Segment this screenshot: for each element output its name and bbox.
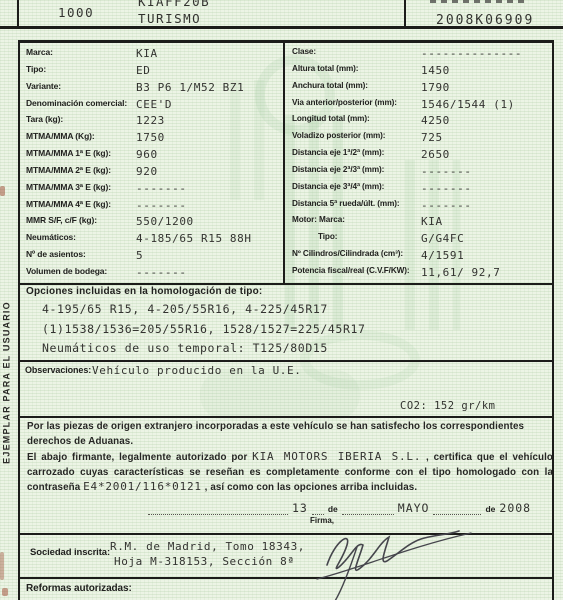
options-line: 4-195/65 R15, 4-205/55R16, 4-225/45R17 [42,300,366,320]
field-label: Distancia 5ª rueda/últ. (mm): [288,199,421,208]
field-label: Voladizo posterior (mm): [288,131,421,140]
field-label: Variante: [22,81,136,91]
field-row: MTMA/MMA 4ª E (kg): ------- [22,199,282,216]
field-value: -------------- [421,47,522,60]
certification-text: , así como con las opciones arriba inclu… [202,482,417,493]
field-label: Marca: [22,47,136,57]
field-value: ------- [421,165,472,178]
field-value: 1790 [421,81,450,94]
registry-line-1: R.M. de Madrid, Tomo 18343, [110,540,305,553]
field-label: Altura total (mm): [288,64,421,73]
field-value: ------- [421,182,472,195]
field-row: Clase: -------------- [288,47,554,64]
field-value: 1223 [136,114,165,127]
field-value: ED [136,64,150,77]
certification-company: KIA MOTORS IBERIA S.L. [252,450,421,463]
field-value: 1546/1544 (1) [421,98,515,111]
header-box-divider [404,0,406,29]
header-left-border [17,0,19,27]
field-label: Tara (kg): [22,114,136,124]
field-row: MTMA/MMA (Kg): 1750 [22,131,282,148]
field-row: Anchura total (mm): 1790 [288,81,554,98]
field-value: G/G4FC [421,232,464,245]
field-row: Motor: Marca: KIA [288,215,554,232]
certification-paragraph: El abajo firmante, legalmente autorizado… [27,450,553,496]
field-value: CEE'D [136,98,172,111]
registry-line-2: Hoja M-318153, Sección 8ª [114,555,295,568]
field-label: Anchura total (mm): [288,81,421,90]
field-value: 920 [136,165,158,178]
field-label: Denominación comercial: [22,98,136,108]
field-row: Distancia eje 2ª/3ª (mm): ------- [288,165,554,182]
field-value: 5 [136,249,143,262]
customs-line-1: Por las piezas de origen extranjero inco… [27,421,524,432]
field-value: B3 P6 1/M52 BZ1 [136,81,244,94]
header-vehicle-class: TURISMO [138,11,201,26]
field-row: Variante: B3 P6 1/M52 BZ1 [22,81,282,98]
field-row: Via anterior/posterior (mm): 1546/1544 (… [288,98,554,115]
field-row: MMR S/F, c/F (kg): 550/1200 [22,215,282,232]
field-label: Longitud total (mm): [288,114,421,123]
field-row: Nº Cilindros/Cilindrada (cm³): 4/1591 [288,249,554,266]
field-label: Via anterior/posterior (mm): [288,98,421,107]
field-label: MTMA/MMA 3ª E (kg): [22,182,136,192]
options-line: Neumáticos de uso temporal: T125/80D15 [42,339,366,359]
signature-ink [305,509,505,600]
header-bottom-border [0,26,563,29]
copy-for-user-vertical-label: EJEMPLAR PARA EL USUARIO [2,287,15,479]
header-model-code: KIAFF20B [138,0,210,9]
options-line: (1)1538/1536=205/55R16, 1528/1527=225/45… [42,320,366,340]
certification-text: El abajo firmante, legalmente autorizado… [27,452,252,463]
section-line-1 [20,283,552,285]
field-value: KIA [136,47,158,60]
field-row: Distancia eje 1ª/2ª (mm): 2650 [288,148,554,165]
field-value: 550/1200 [136,215,194,228]
field-row: MTMA/MMA 1ª E (kg): 960 [22,148,282,165]
field-row: Voladizo posterior (mm): 725 [288,131,554,148]
options-title: Opciones incluidas en la homologación de… [26,286,262,297]
reforms-label: Reformas autorizadas: [26,583,132,594]
section-line-2 [20,360,552,362]
scan-edge-mark [2,588,8,596]
field-value: 4-185/65 R15 88H [136,232,252,245]
field-row: MTMA/MMA 2ª E (kg): 920 [22,165,282,182]
field-value: KIA [421,215,443,228]
field-value: 4250 [421,114,450,127]
field-value: 2650 [421,148,450,161]
field-row: Potencia fiscal/real (C.V.F/KW): 11,61/ … [288,266,554,283]
field-row: Tipo: ED [22,64,282,81]
dotted-leader [148,506,288,515]
field-label: MTMA/MMA (Kg): [22,131,136,141]
field-label: Nº Cilindros/Cilindrada (cm³): [288,249,421,258]
section-line-3 [20,416,552,418]
field-row: Altura total (mm): 1450 [288,64,554,81]
field-value: 4/1591 [421,249,464,262]
field-label: MTMA/MMA 2ª E (kg): [22,165,136,175]
observations-label: Observaciones: [25,365,91,375]
field-label: Potencia fiscal/real (C.V.F/KW): [288,266,421,275]
clipped-top-text-fragment [430,0,526,3]
field-label: Nº de asientos: [22,249,136,259]
right-field-column: Clase: -------------- Altura total (mm):… [288,47,554,283]
field-label: Distancia eje 3ª/4ª (mm): [288,182,421,191]
field-label: Motor: Marca: [288,215,421,224]
field-row: Volumen de bodega: ------- [22,266,282,283]
field-row: Marca: KIA [22,47,282,64]
field-value: ------- [421,199,472,212]
left-field-column: Marca: KIA Tipo: ED Variante: B3 P6 1/M5… [22,47,282,283]
field-row: Distancia 5ª rueda/últ. (mm): ------- [288,199,554,216]
field-value: 1750 [136,131,165,144]
field-row: Tara (kg): 1223 [22,114,282,131]
field-value: ------- [136,199,187,212]
observations-value: Vehículo producido en la U.E. [92,364,301,377]
field-row: Tipo: G/G4FC [288,232,554,249]
co2-value: CO2: 152 gr/km [400,400,496,412]
options-lines: 4-195/65 R15, 4-205/55R16, 4-225/45R17 (… [42,300,366,359]
field-label: Tipo: [288,232,421,241]
field-label: MTMA/MMA 4ª E (kg): [22,199,136,209]
field-value: ------- [136,266,187,279]
field-row: Distancia eje 3ª/4ª (mm): ------- [288,182,554,199]
field-label: Neumáticos: [22,232,136,242]
field-label: Tipo: [22,64,136,74]
field-row: Nº de asientos: 5 [22,249,282,266]
field-row: Neumáticos: 4-185/65 R15 88H [22,232,282,249]
field-value: 11,61/ 92,7 [421,266,500,279]
field-value: 1450 [421,64,450,77]
table-column-divider [283,43,285,283]
certification-password: E4*2001/116*0121 [83,480,202,493]
field-value: 725 [421,131,443,144]
field-row: Denominación comercial: CEE'D [22,98,282,115]
field-label: Clase: [288,47,421,56]
field-label: MMR S/F, c/F (kg): [22,215,136,225]
field-value: ------- [136,182,187,195]
scan-edge-mark [0,186,5,196]
field-label: MTMA/MMA 1ª E (kg): [22,148,136,158]
field-label: Distancia eje 2ª/3ª (mm): [288,165,421,174]
customs-line-2: derechos de Aduanas. [27,436,133,447]
field-value: 960 [136,148,158,161]
header-code-left: 1000 [58,5,94,20]
document-frame: Marca: KIA Tipo: ED Variante: B3 P6 1/M5… [18,40,554,600]
field-row: Longitud total (mm): 4250 [288,114,554,131]
field-label: Distancia eje 1ª/2ª (mm): [288,148,421,157]
scan-edge-mark [0,552,4,580]
field-row: MTMA/MMA 3ª E (kg): ------- [22,182,282,199]
registry-label: Sociedad inscrita: [30,547,110,558]
field-label: Volumen de bodega: [22,266,136,276]
